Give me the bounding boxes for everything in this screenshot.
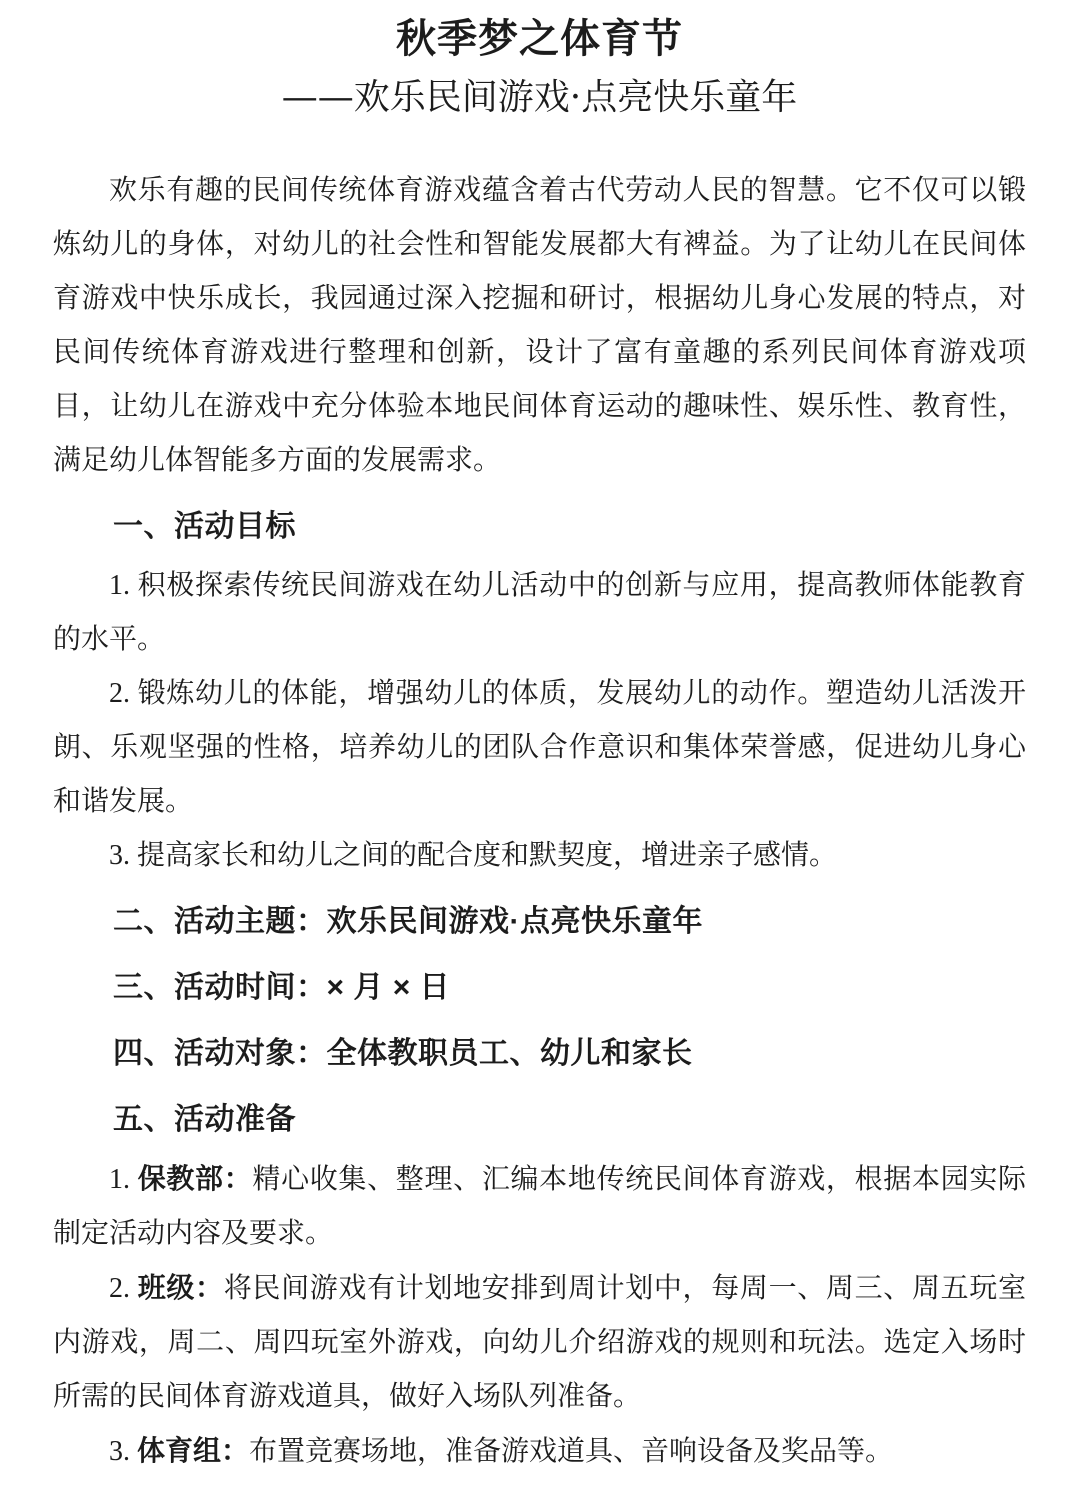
section-heading-participants: 四、活动对象：全体教职员工、幼儿和家长 (53, 1027, 1026, 1081)
item-label: 保教部： (138, 1163, 253, 1194)
goal-item-1: 1. 积极探索传统民间游戏在幼儿活动中的创新与应用，提高教师体能教育的水平。 (53, 559, 1026, 667)
intro-paragraph: 欢乐有趣的民间传统体育游戏蕴含着古代劳动人民的智慧。它不仅可以锻炼幼儿的身体，对… (53, 164, 1026, 488)
item-label: 体育组： (137, 1435, 249, 1466)
section-heading-preparation: 五、活动准备 (53, 1093, 1026, 1147)
document-page: 秋季梦之体育节 ——欢乐民间游戏·点亮快乐童年 欢乐有趣的民间传统体育游戏蕴含着… (0, 0, 1079, 1486)
item-number: 3. (109, 1436, 137, 1467)
item-number: 2. (109, 1273, 138, 1304)
preparation-item-1: 1. 保教部：精心收集、整理、汇编本地传统民间体育游戏，根据本园实际制定活动内容… (53, 1152, 1026, 1261)
goal-item-3: 3. 提高家长和幼儿之间的配合度和默契度，增进亲子感情。 (53, 829, 1026, 883)
preparation-item-3: 3. 体育组：布置竞赛场地，准备游戏道具、音响设备及奖品等。 (53, 1424, 1026, 1479)
item-number: 1. (109, 1164, 138, 1195)
document-title: 秋季梦之体育节 (53, 14, 1026, 64)
document-subtitle: ——欢乐民间游戏·点亮快乐童年 (53, 74, 1026, 122)
section-heading-time: 三、活动时间：× 月 × 日 (53, 961, 1026, 1015)
item-text: 布置竞赛场地，准备游戏道具、音响设备及奖品等。 (249, 1436, 893, 1467)
goal-item-2: 2. 锻炼幼儿的体能，增强幼儿的体质，发展幼儿的动作。塑造幼儿活泼开朗、乐观坚强… (53, 667, 1026, 829)
section-heading-goals: 一、活动目标 (53, 500, 1026, 554)
preparation-item-2: 2. 班级：将民间游戏有计划地安排到周计划中，每周一、周三、周五玩室内游戏，周二… (53, 1261, 1026, 1424)
section-heading-theme: 二、活动主题：欢乐民间游戏·点亮快乐童年 (53, 895, 1026, 949)
item-label: 班级： (138, 1272, 224, 1303)
